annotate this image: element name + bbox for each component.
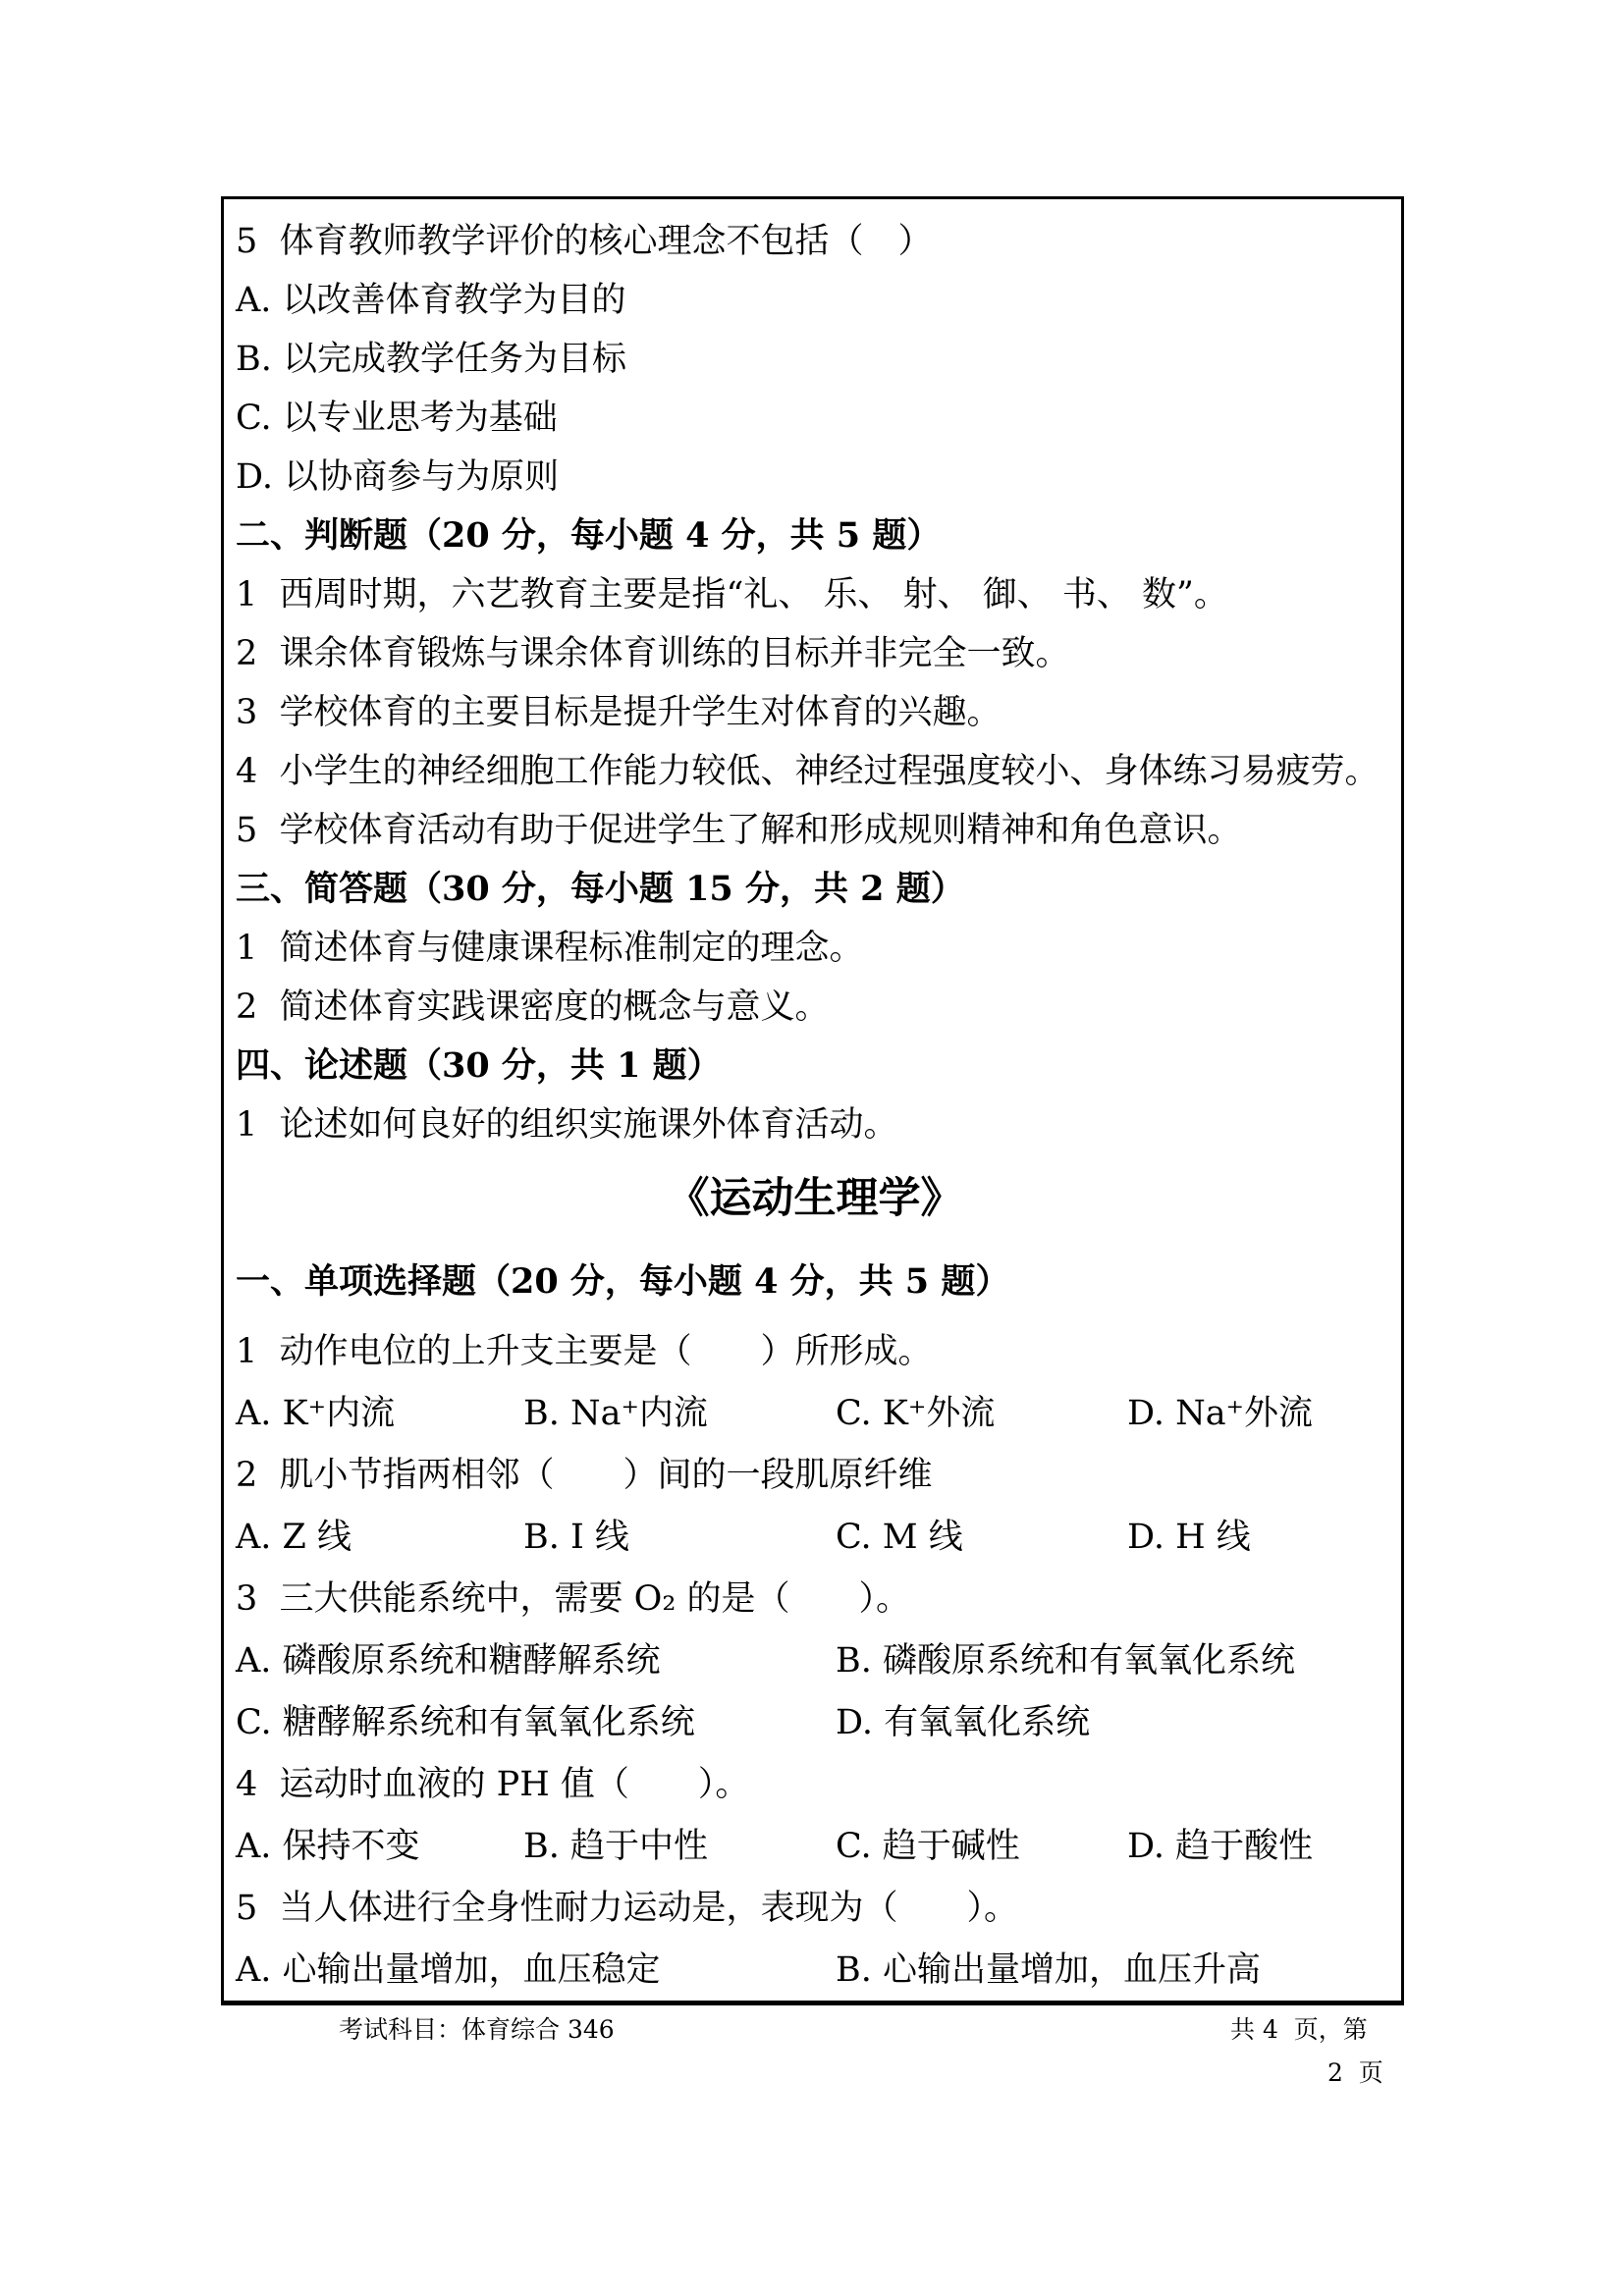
mcq-question-3: 3 三大供能系统中，需要 O₂ 的是（ ）。 (236, 1569, 1394, 1630)
subject-title: 《运动生理学》 (236, 1154, 1394, 1243)
judge-item-3: 3 学校体育的主要目标是提升学生对体育的兴趣。 (236, 683, 1394, 742)
mcq-question-3-options-row-1: A. 磷酸原系统和糖酵解系统 B. 磷酸原系统和有氧氧化系统 (236, 1630, 1394, 1692)
q2-option-a: A. Z 线 (236, 1507, 352, 1569)
q1-option-b: B. Na⁺内流 (523, 1383, 708, 1445)
q5-option-a: A. 心输出量增加，血压稳定 (236, 1940, 661, 2002)
page-border: 5 体育教师教学评价的核心理念不包括（ ） A. 以改善体育教学为目的 B. 以… (221, 196, 1404, 2005)
mcq-question-2-options: A. Z 线 B. I 线 C. M 线 D. H 线 (236, 1507, 1394, 1569)
q1-option-d: D. Na⁺外流 (1127, 1383, 1313, 1445)
carryover-option-d: D. 以协商参与为原则 (236, 448, 1394, 507)
short-answer-item-2: 2 简述体育实践课密度的概念与意义。 (236, 978, 1394, 1037)
judge-item-5: 5 学校体育活动有助于促进学生了解和形成规则精神和角色意识。 (236, 801, 1394, 860)
carryover-option-c: C. 以专业思考为基础 (236, 389, 1394, 448)
q2-option-d: D. H 线 (1127, 1507, 1251, 1569)
q1-option-c: C. K⁺外流 (836, 1383, 995, 1445)
judge-item-1: 1 西周时期，六艺教育主要是指“礼、 乐、 射、 御、 书、 数”。 (236, 565, 1394, 624)
q4-option-b: B. 趋于中性 (523, 1816, 708, 1878)
q3-option-b: B. 磷酸原系统和有氧氧化系统 (836, 1630, 1295, 1692)
short-answer-item-1: 1 简述体育与健康课程标准制定的理念。 (236, 919, 1394, 978)
judge-item-2: 2 课余体育锻炼与课余体育训练的目标并非完全一致。 (236, 624, 1394, 683)
q3-option-d: D. 有氧氧化系统 (836, 1692, 1090, 1754)
q1-option-a: A. K⁺内流 (236, 1383, 395, 1445)
footer-page-number: 2 页 (1327, 2056, 1383, 2091)
mcq-question-2: 2 肌小节指两相邻（ ）间的一段肌原纤维 (236, 1445, 1394, 1507)
exam-content: 5 体育教师教学评价的核心理念不包括（ ） A. 以改善体育教学为目的 B. 以… (236, 212, 1394, 2002)
mcq-question-5: 5 当人体进行全身性耐力运动是，表现为（ ）。 (236, 1878, 1394, 1940)
short-answer-section-heading: 三、简答题（30 分，每小题 15 分，共 2 题） (236, 860, 1394, 919)
mcq-question-3-options-row-2: C. 糖酵解系统和有氧氧化系统 D. 有氧氧化系统 (236, 1692, 1394, 1754)
mcq-question-4: 4 运动时血液的 PH 值（ ）。 (236, 1754, 1394, 1816)
mcq-question-1: 1 动作电位的上升支主要是（ ）所形成。 (236, 1321, 1394, 1383)
q5-option-b: B. 心输出量增加，血压升高 (836, 1940, 1261, 2002)
footer-exam-subject: 考试科目：体育综合 346 (339, 2012, 615, 2048)
q4-option-c: C. 趋于碱性 (836, 1816, 1020, 1878)
mcq-question-4-options: A. 保持不变 B. 趋于中性 C. 趋于碱性 D. 趋于酸性 (236, 1816, 1394, 1878)
carryover-option-b: B. 以完成教学任务为目标 (236, 330, 1394, 389)
essay-section-heading: 四、论述题（30 分，共 1 题） (236, 1037, 1394, 1095)
q4-option-d: D. 趋于酸性 (1127, 1816, 1313, 1878)
mcq-section-heading: 一、单项选择题（20 分，每小题 4 分，共 5 题） (236, 1243, 1394, 1321)
q3-option-c: C. 糖酵解系统和有氧氧化系统 (236, 1692, 695, 1754)
judge-item-4: 4 小学生的神经细胞工作能力较低、神经过程强度较小、身体练习易疲劳。 (236, 742, 1394, 801)
q3-option-a: A. 磷酸原系统和糖酵解系统 (236, 1630, 661, 1692)
carryover-question: 5 体育教师教学评价的核心理念不包括（ ） (236, 212, 1394, 271)
essay-item-1: 1 论述如何良好的组织实施课外体育活动。 (236, 1095, 1394, 1154)
mcq-question-1-options: A. K⁺内流 B. Na⁺内流 C. K⁺外流 D. Na⁺外流 (236, 1383, 1394, 1445)
q4-option-a: A. 保持不变 (236, 1816, 420, 1878)
mcq-question-5-options: A. 心输出量增加，血压稳定 B. 心输出量增加，血压升高 (236, 1940, 1394, 2002)
footer-page-count: 共 4 页，第 (1230, 2012, 1368, 2048)
carryover-option-a: A. 以改善体育教学为目的 (236, 271, 1394, 330)
q2-option-c: C. M 线 (836, 1507, 963, 1569)
judge-section-heading: 二、判断题（20 分，每小题 4 分，共 5 题） (236, 507, 1394, 565)
q2-option-b: B. I 线 (523, 1507, 629, 1569)
